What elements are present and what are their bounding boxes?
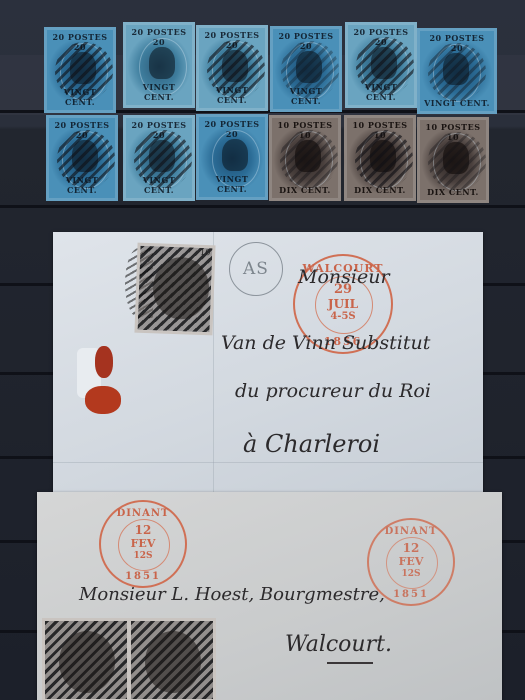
fold-line	[53, 462, 483, 463]
stamp-20c-blue: 20 POSTES 20 VINGT CENT.	[417, 28, 497, 114]
as-handstamp: AS	[229, 242, 283, 296]
address-line: du procureur du Roi	[235, 380, 431, 402]
stamp-20c-blue: 20 POSTES 20 VINGT CENT.	[123, 115, 195, 201]
stamp-10c-brown: 10 POSTES 10 DIX CENT.	[344, 115, 416, 201]
stamp-10c-brown: 10 POSTES 10 DIX CENT.	[269, 115, 341, 201]
bar-cancel	[355, 130, 413, 188]
stamp-20c-blue: 20 POSTES 20 VINGT CENT.	[196, 25, 268, 111]
stamp-20c-blue: 20 POSTES 20 VINGT CENT.	[270, 26, 342, 112]
stamp-20c-blue: 20 POSTES 20 VINGT CENT.	[46, 115, 118, 201]
wax-seal	[81, 342, 121, 422]
underline	[327, 662, 373, 664]
bar-cancel	[280, 130, 338, 188]
leopold-portrait	[222, 139, 248, 171]
address-line: Van de Vinn Substitut	[221, 332, 430, 354]
stamp-20c-blue: 20 POSTES 20 VINGT CENT.	[196, 114, 268, 200]
stamp-20c-blue: 20 POSTES 20 VINGT CENT.	[345, 22, 417, 108]
address-line: Walcourt.	[285, 632, 392, 657]
address-line: Monsieur L. Hoest, Bourgmestre,	[79, 584, 385, 605]
bar-cancel	[428, 43, 486, 101]
address-line: Monsieur	[298, 266, 390, 288]
leopold-portrait	[149, 47, 175, 79]
stamp-10c-brown: 10 POSTES 10 DIX CENT.	[417, 117, 489, 203]
stockbook-strip	[0, 205, 525, 208]
stamp-10c-brown-on-cover: 10	[134, 243, 215, 336]
letter-cover-dinant: DINANT 12 FEV 12S 1851 DINANT 12 FEV 12S…	[37, 492, 502, 700]
address-line: à Charleroi	[243, 430, 380, 458]
letter-cover-walcourt: 10 AS WALCOURT 29 JUIL 4-5S 1856 Monsieu…	[53, 232, 483, 494]
stamp-20c-blue: 20 POSTES 20 VINGT CENT.	[123, 22, 195, 108]
stamp-20c-blue: 20 POSTES 20 VINGT CENT.	[44, 27, 116, 113]
bar-cancel	[428, 132, 486, 190]
stamp-10c-brown-pair-right	[128, 618, 216, 700]
stamp-10c-brown-pair-left	[42, 618, 130, 700]
postmark-dinant: DINANT 12 FEV 12S 1851	[99, 500, 187, 588]
